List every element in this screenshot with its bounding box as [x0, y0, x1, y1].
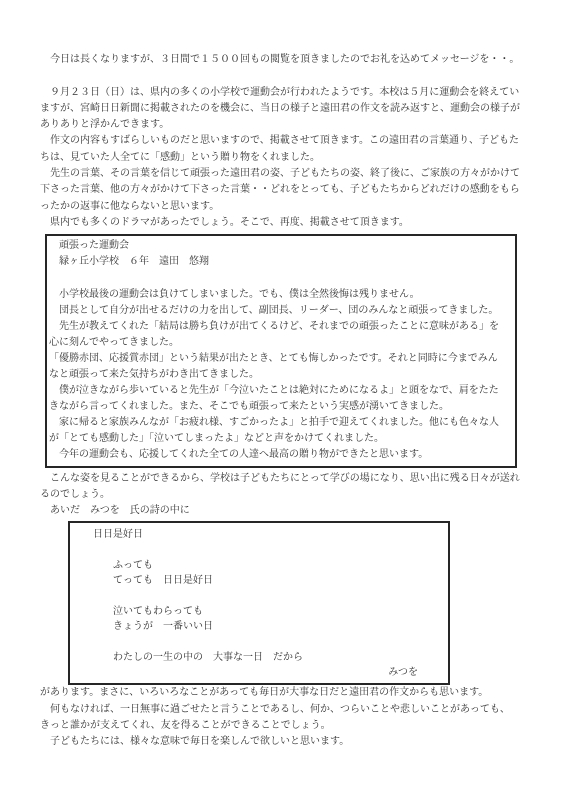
mid-section: こんな姿を見ることができるから、学校は子どもたちにとって学びの場になり、思い出に… — [40, 471, 527, 520]
poem-verse: てっても 日日是好日 — [70, 573, 448, 588]
essay-line: 先生が教えてくれた「結局は勝ち負けが出てくるけど、それまでの頑張ったことに意味が… — [49, 319, 513, 335]
blank-line — [70, 543, 448, 558]
intro-line: ますが、宮崎日日新聞に掲載されたのを機会に、当日の様子と遠田君の作文を読み返すと… — [40, 101, 527, 117]
blank-line — [49, 270, 513, 286]
intro-line: ったかの返事に他ならないと思います。 — [40, 199, 527, 215]
essay-line: が「とても感動した」「泣いてしまったよ」などと声をかけてくれました。 — [49, 431, 513, 447]
intro-line: ９月２３日（日）は、県内の多くの小学校で運動会が行われたようです。本校は５月に運… — [40, 85, 527, 101]
essay-box: 頑張った運動会 緑ヶ丘小学校 ６年 遠田 悠翔 小学校最後の運動会は負けてしまい… — [45, 234, 517, 467]
mid-line: るのでしょう。 — [40, 487, 527, 503]
blank-line — [70, 589, 448, 604]
poem-verse: わたしの一生の中の 大事な一日 だから — [70, 650, 448, 665]
poem-verse: きょうが 一番いい日 — [70, 619, 448, 634]
closing-line: きっと誰かが支えてくれ、友を得ることができることでしょう。 — [40, 718, 527, 734]
blank-line — [70, 635, 448, 650]
mid-line: こんな姿を見ることができるから、学校は子どもたちにとって学びの場になり、思い出に… — [40, 471, 527, 487]
essay-line: なと頑張って来た気持ちがわき出てきました。 — [49, 367, 513, 383]
essay-line: 心に刻んでやってきました。 — [49, 335, 513, 351]
intro-line: 今日は長くなりますが、３日間で１５００回もの閲覧を頂きましたのでお礼を込めてメッ… — [40, 52, 527, 68]
essay-line: 今年の運動会も、応援してくれた全ての人達へ最高の贈り物ができたと思います。 — [49, 447, 513, 463]
intro-line: 作文の内容もすばらしいものだと思いますので、掲載させて頂きます。この遠田君の言葉… — [40, 133, 527, 149]
closing-line: 子どもたちには、様々な意味で毎日を楽しんで欲しいと思います。 — [40, 734, 527, 750]
intro-line: 下さった言葉、他の方々がかけて下さった言葉・・どれをとっても、子どもたちからどれ… — [40, 182, 527, 198]
closing-section: があります。まさに、いろいろなことがあっても毎日が大事な日だと遠田君の作文からも… — [40, 685, 527, 750]
essay-line: 団長として自分が出せるだけの力を出して、副団長、リーダー、団のみんなと頑張ってき… — [49, 303, 513, 319]
intro-line: 先生の言葉、その言葉を信じて頑張った遠田君の姿、子どもたちの姿、終了後に、ご家族… — [40, 166, 527, 182]
essay-line: 小学校最後の運動会は負けてしまいました。でも、僕は全然後悔は残りません。 — [49, 287, 513, 303]
blank-line — [40, 68, 527, 84]
document-page: 今日は長くなりますが、３日間で１５００回もの閲覧を頂きましたのでお礼を込めてメッ… — [0, 0, 565, 800]
essay-line: 「優勝赤団、応援賞赤団」という結果が出たとき、とても悔しかったです。それと同時に… — [49, 351, 513, 367]
essay-line: 僕が泣きながら歩いていると先生が「今泣いたことは絶対にためになるよ」と頭をなで、… — [49, 383, 513, 399]
essay-byline: 緑ヶ丘小学校 ６年 遠田 悠翔 — [49, 254, 513, 270]
essay-line: きながら言ってくれました。また、そこでも頑張って来たという実感が湧いてきました。 — [49, 399, 513, 415]
mid-line: あいだ みつを 氏の詩の中に — [40, 503, 527, 519]
intro-section: 今日は長くなりますが、３日間で１５００回もの閲覧を頂きましたのでお礼を込めてメッ… — [40, 52, 527, 231]
closing-line: があります。まさに、いろいろなことがあっても毎日が大事な日だと遠田君の作文からも… — [40, 685, 527, 701]
poem-verse: 泣いてもわらっても — [70, 604, 448, 619]
intro-line: ありありと浮かんできます。 — [40, 117, 527, 133]
poem-signature: みつを — [70, 665, 448, 680]
poem-title: 日日是好日 — [70, 527, 448, 542]
intro-line: ちは、見ていた人全てに「感動」という贈り物をくれました。 — [40, 150, 527, 166]
poem-box: 日日是好日 ふっても てっても 日日是好日 泣いてもわらっても きょうが 一番い… — [68, 521, 450, 685]
intro-line: 県内でも多くのドラマがあったでしょう。そこで、再度、掲載させて頂きます。 — [40, 215, 527, 231]
essay-line: 家に帰ると家族みんなが「お疲れ様、すごかったよ」と拍手で迎えてくれました。他にも… — [49, 415, 513, 431]
poem-verse: ふっても — [70, 558, 448, 573]
closing-line: 何もなければ、一日無事に過ごせたと言うことであるし、何か、つらいことや悲しいこと… — [40, 702, 527, 718]
essay-title: 頑張った運動会 — [49, 238, 513, 254]
